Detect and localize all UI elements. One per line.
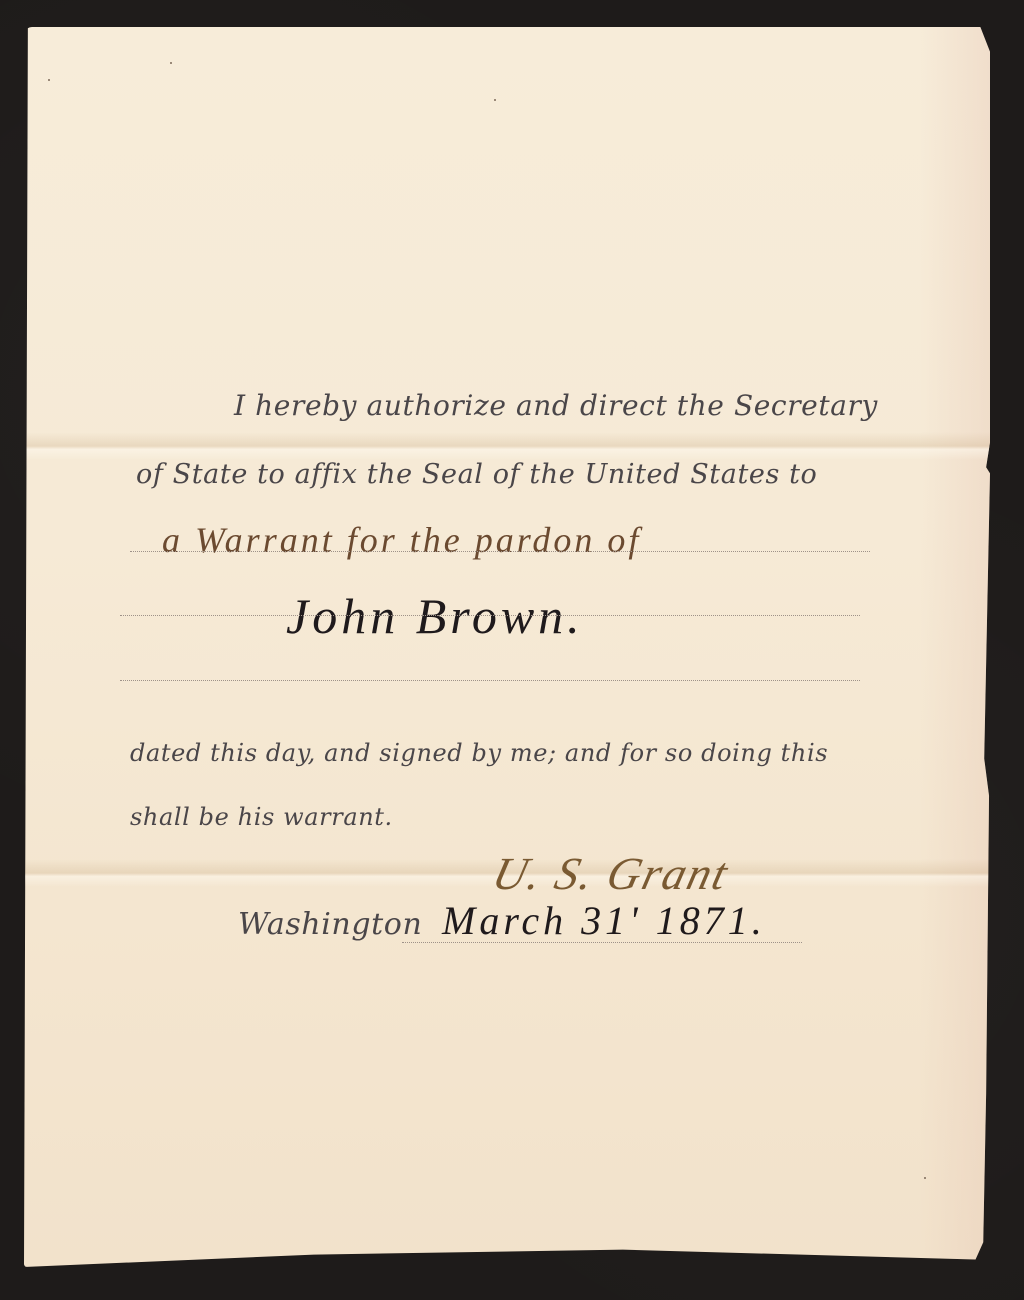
dotted-rule-1 — [130, 551, 870, 552]
handwritten-warrant-line: a Warrant for the pardon of — [162, 519, 641, 561]
handwritten-pardon-name: John Brown. — [286, 587, 584, 645]
dotted-rule-2 — [120, 615, 860, 616]
fold-line-upper — [24, 432, 990, 460]
paper-speck — [48, 79, 50, 81]
dotted-rule-3 — [120, 680, 860, 681]
preprinted-place: Washington — [238, 907, 422, 942]
preprinted-line-1: I hereby authorize and direct the Secret… — [234, 389, 878, 422]
paper-speck — [924, 1177, 926, 1179]
paper-speck — [494, 99, 496, 101]
handwritten-date: March 31' 1871. — [442, 897, 766, 944]
preprinted-line-3: dated this day, and signed by me; and fo… — [130, 739, 828, 767]
preprinted-line-4: shall be his warrant. — [130, 803, 393, 831]
preprinted-line-2: of State to affix the Seal of the United… — [136, 459, 817, 490]
document-paper: I hereby authorize and direct the Secret… — [24, 27, 990, 1267]
paper-edge-tint — [920, 27, 990, 1267]
paper-speck — [170, 62, 172, 64]
presidential-signature: U. S. Grant — [487, 847, 734, 900]
